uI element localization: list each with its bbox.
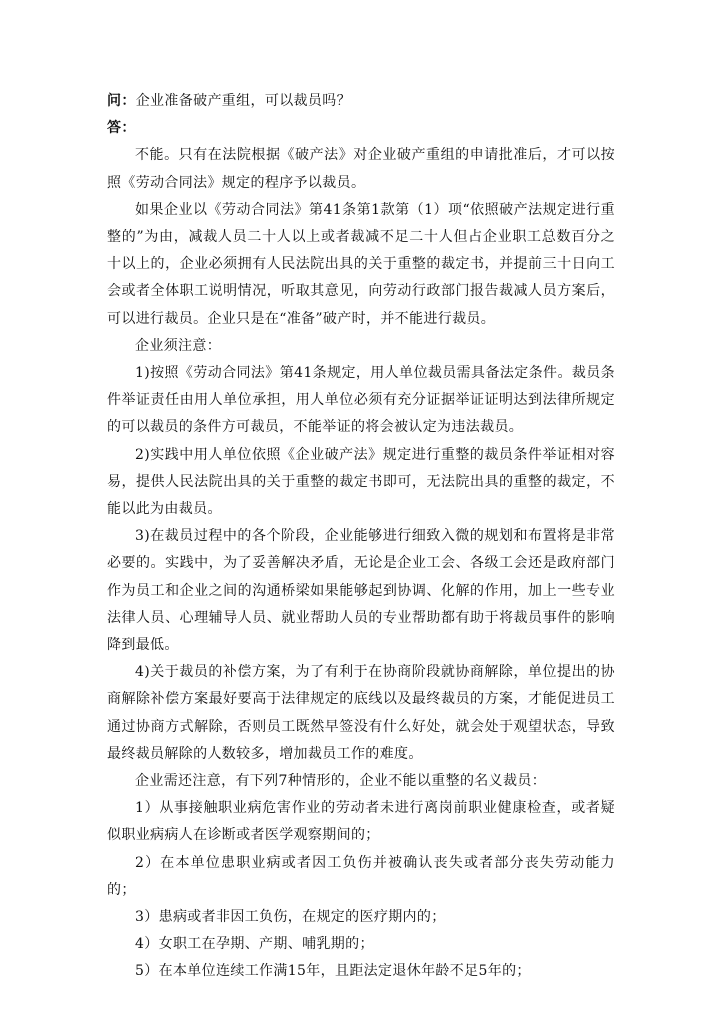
notes-heading: 企业须注意： — [107, 333, 615, 360]
answer-label: 答： — [107, 120, 136, 136]
note-item-4: 4)关于裁员的补偿方案，为了有利于在协商阶段就协商解除，单位提出的协商解除补偿方… — [107, 659, 615, 768]
exception-item-2: 2）在本单位患职业病或者因工负伤并被确认丧失或者部分丧失劳动能力的； — [107, 850, 615, 904]
exception-item-4: 4）女职工在孕期、产期、哺乳期的； — [107, 931, 615, 958]
exceptions-heading: 企业需还注意，有下列7种情形的，企业不能以重整的名义裁员： — [107, 768, 615, 795]
question-label: 问： — [107, 93, 136, 109]
note-item-1: 1)按照《劳动合同法》第41条规定，用人单位裁员需具备法定条件。裁员条件举证责任… — [107, 360, 615, 442]
exception-item-5: 5）在本单位连续工作满15年，且距法定退休年龄不足5年的； — [107, 958, 615, 985]
answer-paragraph-conditions: 如果企业以《劳动合同法》第41条第1款第（1）项“依照破产法规定进行重整的”为由… — [107, 197, 615, 333]
question-line: 问：企业准备破产重组，可以裁员吗？ — [107, 88, 615, 115]
answer-line: 答： — [107, 115, 615, 142]
exception-item-3: 3）患病或者非因工负伤，在规定的医疗期内的； — [107, 904, 615, 931]
question-text: 企业准备破产重组，可以裁员吗？ — [136, 93, 351, 109]
answer-paragraph-summary: 不能。只有在法院根据《破产法》对企业破产重组的申请批准后，才可以按照《劳动合同法… — [107, 142, 615, 196]
exception-item-1: 1）从事接触职业病危害作业的劳动者未进行离岗前职业健康检查，或者疑似职业病病人在… — [107, 795, 615, 849]
document-page: 问：企业准备破产重组，可以裁员吗？ 答： 不能。只有在法院根据《破产法》对企业破… — [107, 88, 615, 986]
note-item-2: 2)实践中用人单位依照《企业破产法》规定进行重整的裁员条件举证相对容易，提供人民… — [107, 442, 615, 524]
note-item-3: 3)在裁员过程中的各个阶段，企业能够进行细致入微的规划和布置将是非常必要的。实践… — [107, 523, 615, 659]
